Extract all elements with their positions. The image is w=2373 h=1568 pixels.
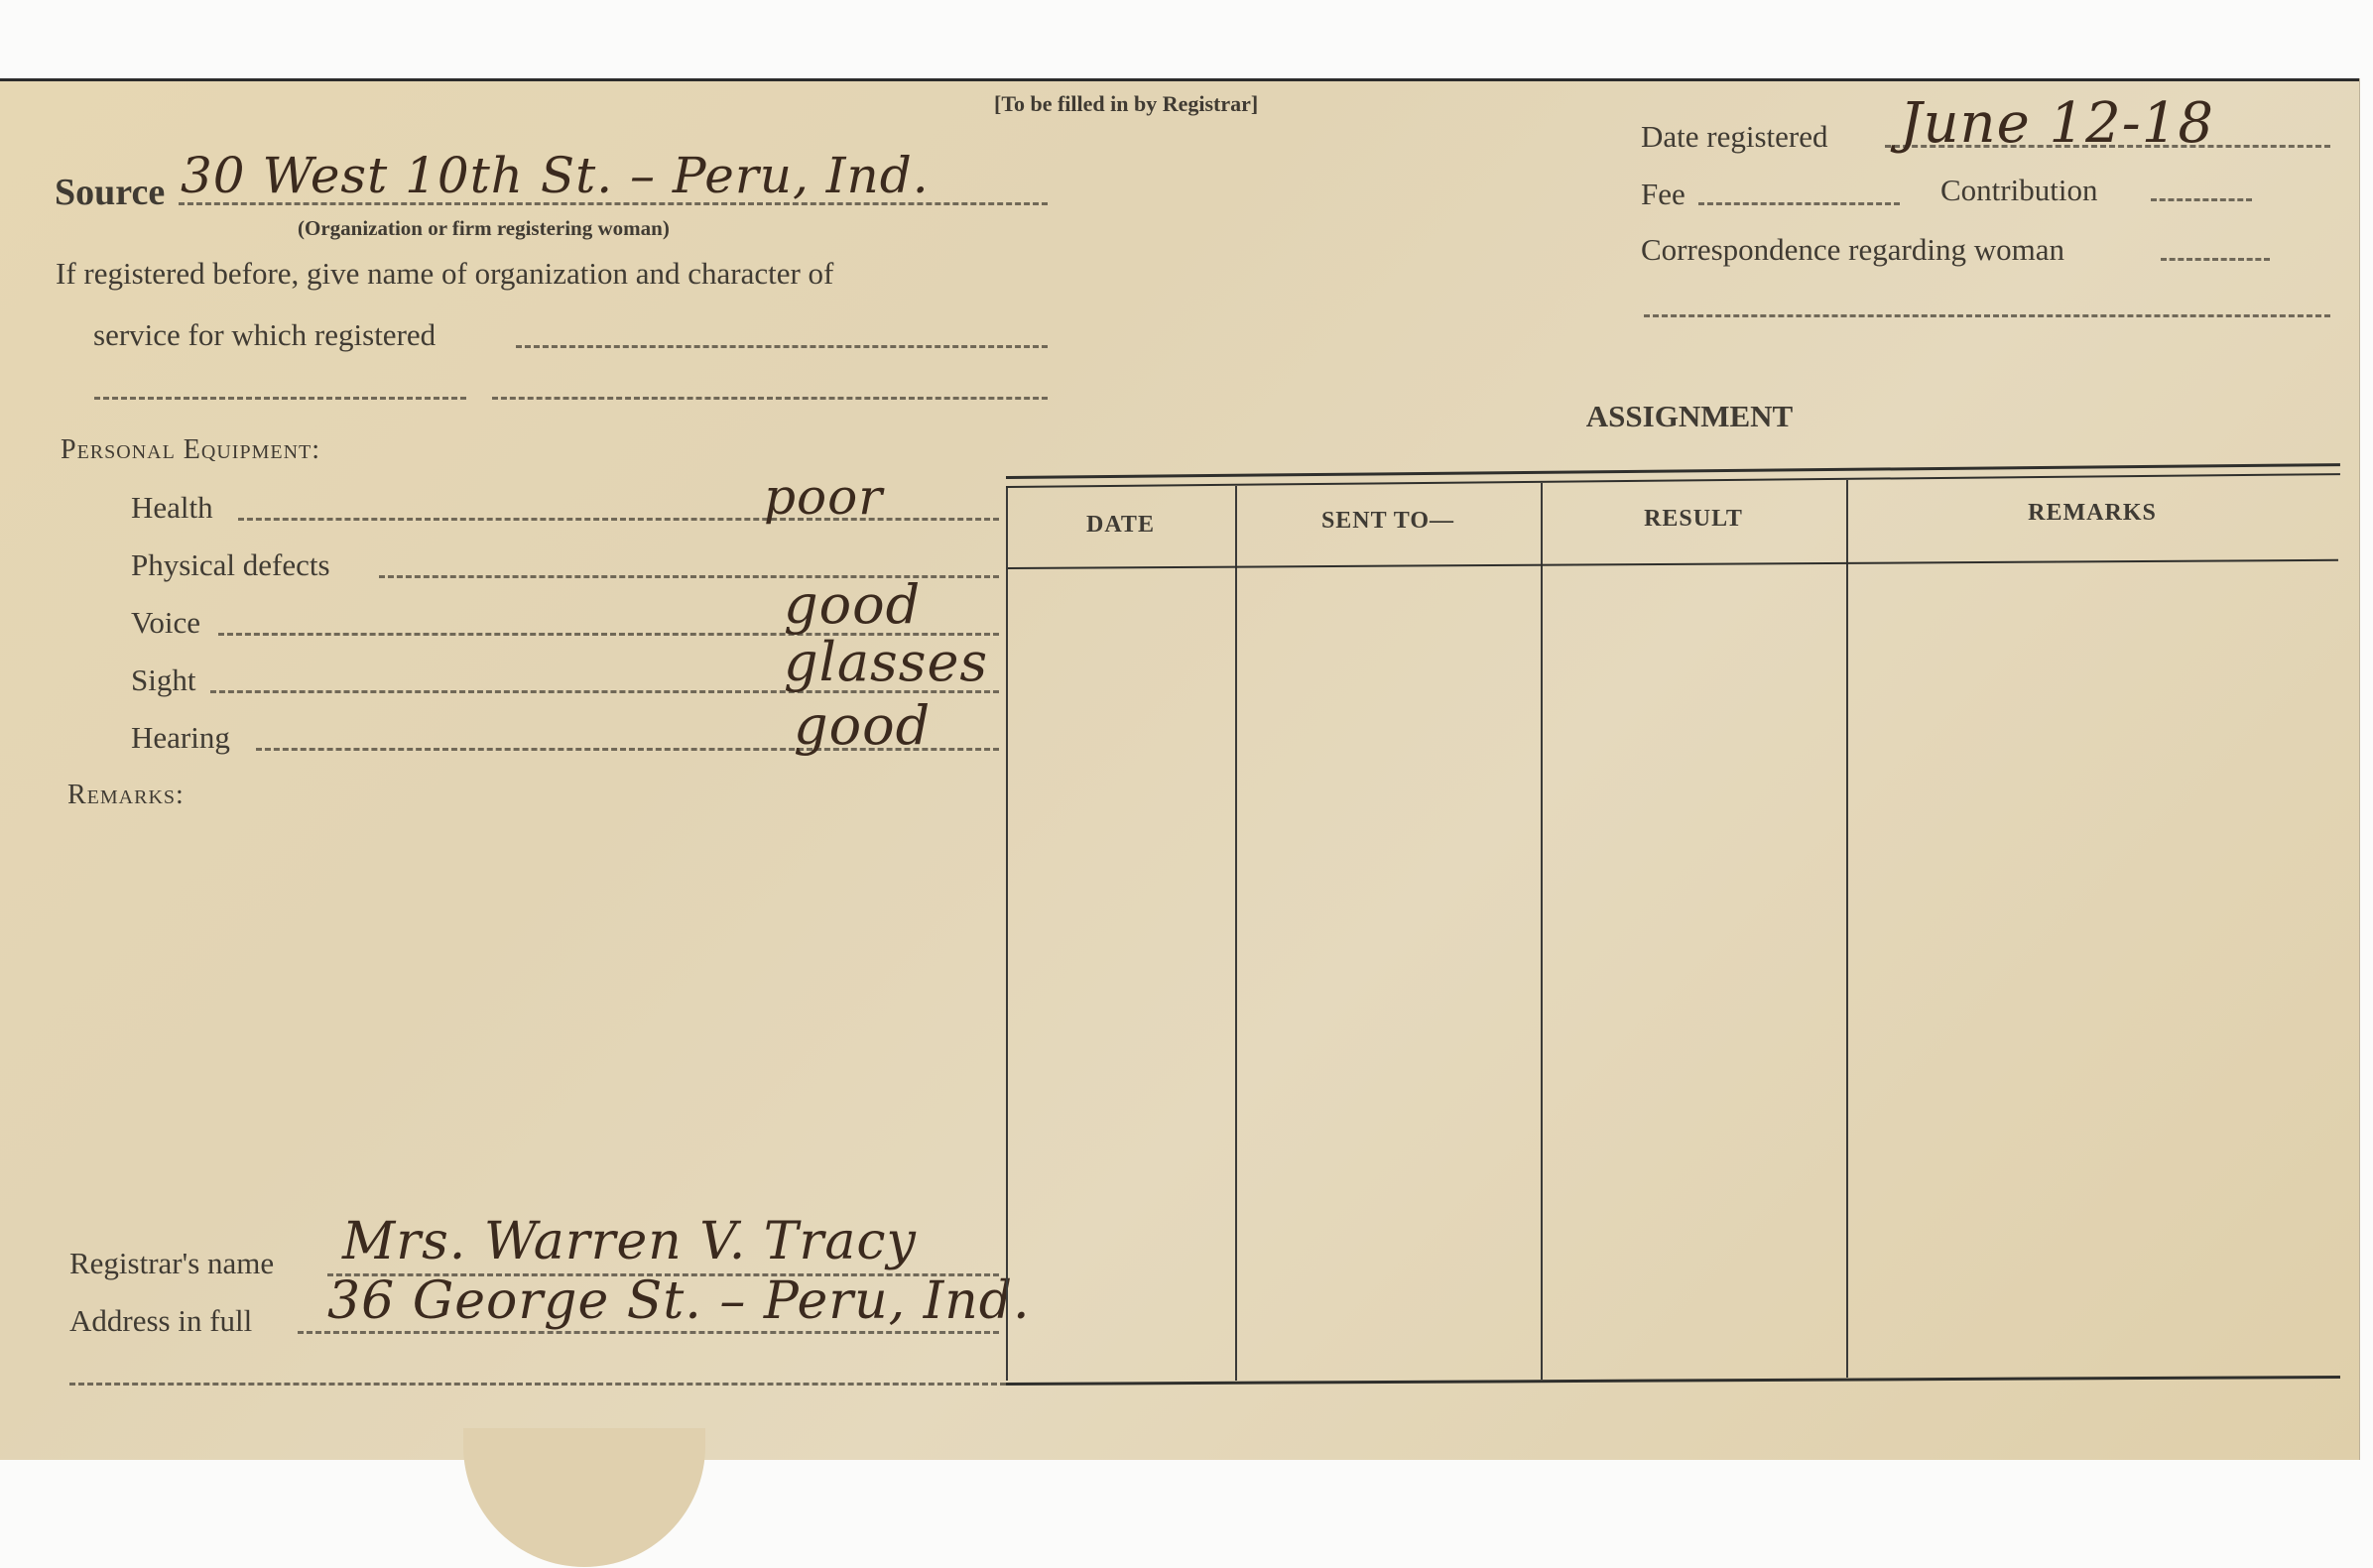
service-registered-line-2a[interactable] bbox=[94, 397, 466, 400]
health-value[interactable]: poor bbox=[764, 468, 883, 526]
hearing-value[interactable]: good bbox=[794, 694, 931, 757]
contribution-label: Contribution bbox=[1940, 173, 2097, 208]
sight-value[interactable]: glasses bbox=[784, 631, 988, 693]
fee-line[interactable] bbox=[1698, 202, 1900, 205]
sight-label: Sight bbox=[131, 663, 195, 698]
source-label: Source bbox=[55, 171, 165, 214]
source-value[interactable]: 30 West 10th St. – Peru, Ind. bbox=[181, 147, 930, 204]
column-header-remarks: REMARKS bbox=[1846, 500, 2338, 527]
service-registered-line[interactable] bbox=[516, 345, 1048, 348]
correspondence-line-2[interactable] bbox=[1644, 314, 2330, 317]
personal-equipment-heading: Personal Equipment: bbox=[61, 434, 320, 466]
assignment-table-body[interactable] bbox=[1008, 573, 2338, 1379]
hearing-label: Hearing bbox=[131, 720, 230, 756]
health-label: Health bbox=[131, 490, 213, 526]
correspondence-line[interactable] bbox=[2161, 258, 2270, 261]
source-caption: (Organization or firm registering woman) bbox=[298, 216, 670, 241]
address-line[interactable] bbox=[298, 1331, 999, 1334]
address-line-2[interactable] bbox=[69, 1383, 1006, 1386]
registrar-name-value[interactable]: Mrs. Warren V. Tracy bbox=[342, 1212, 917, 1271]
service-registered-label: service for which registered bbox=[93, 317, 436, 353]
remarks-label: Remarks: bbox=[67, 780, 185, 811]
service-registered-line-2b[interactable] bbox=[492, 397, 1048, 400]
physical-defects-label: Physical defects bbox=[131, 547, 330, 583]
column-header-sent-to: SENT TO— bbox=[1235, 508, 1541, 535]
card-index-tab bbox=[463, 1428, 705, 1567]
address-label: Address in full bbox=[69, 1303, 252, 1339]
contribution-line[interactable] bbox=[2151, 198, 2252, 201]
registrar-note: [To be filled in by Registrar] bbox=[994, 91, 1258, 117]
registrar-name-label: Registrar's name bbox=[69, 1246, 274, 1281]
date-registered-label: Date registered bbox=[1641, 119, 1827, 155]
correspondence-label: Correspondence regarding woman bbox=[1641, 232, 2064, 268]
assignment-title: ASSIGNMENT bbox=[1570, 399, 1809, 434]
address-value[interactable]: 36 George St. – Peru, Ind. bbox=[327, 1271, 1031, 1331]
column-header-date: DATE bbox=[1006, 512, 1235, 539]
date-registered-value[interactable]: June 12-18 bbox=[1900, 91, 2214, 156]
fee-label: Fee bbox=[1641, 177, 1686, 212]
voice-label: Voice bbox=[131, 605, 200, 641]
health-line[interactable] bbox=[238, 518, 999, 521]
column-header-result: RESULT bbox=[1541, 506, 1846, 533]
registered-before-label: If registered before, give name of organ… bbox=[56, 256, 833, 292]
voice-value[interactable]: good bbox=[784, 573, 921, 636]
